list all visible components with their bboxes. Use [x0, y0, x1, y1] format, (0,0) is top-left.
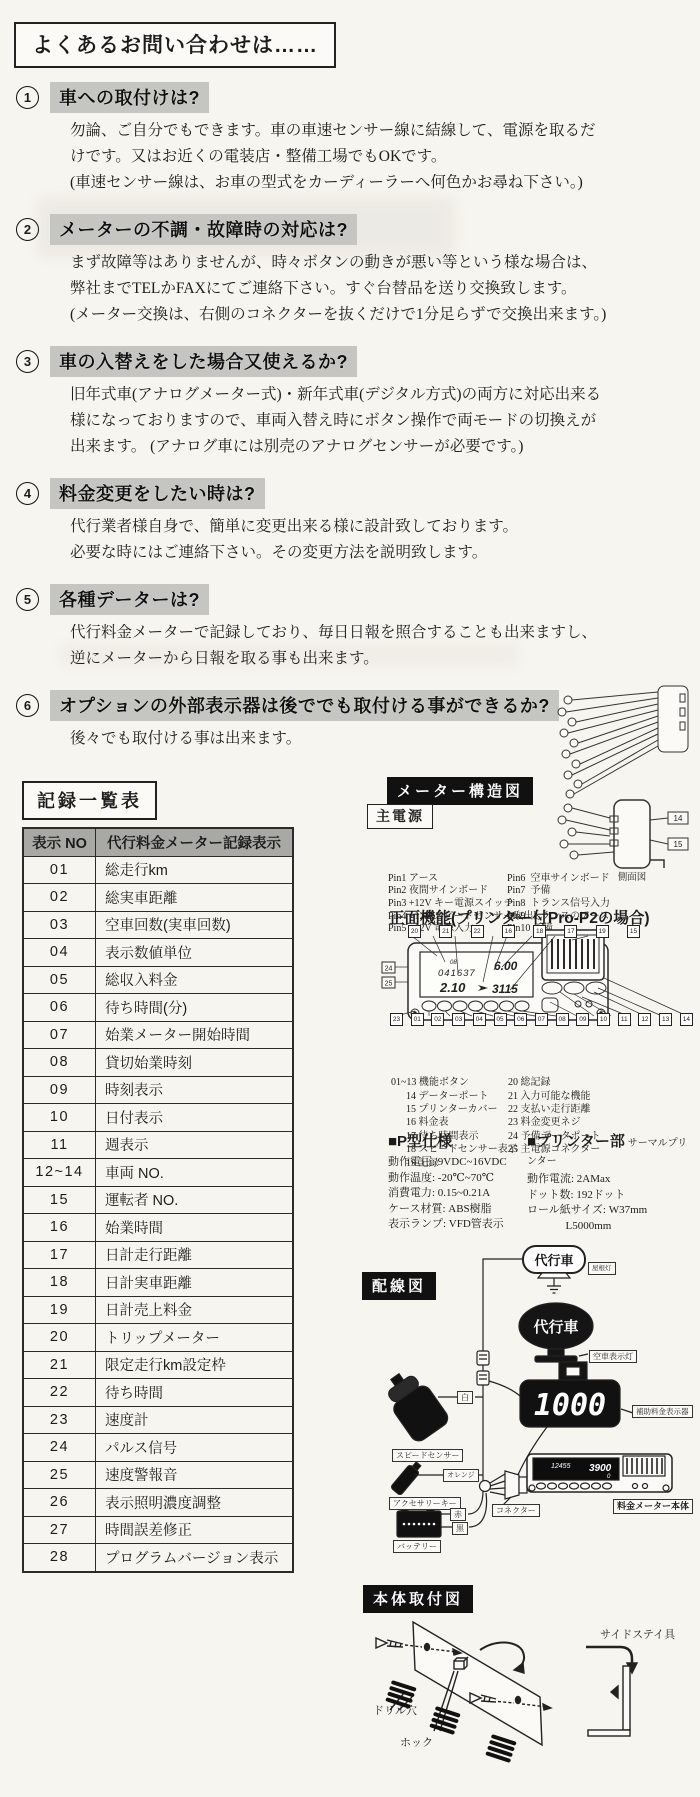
cell-display-no: 08: [23, 1049, 96, 1077]
drill-hole-caption: ドリル穴: [373, 1702, 417, 1718]
legend-entry: 23 料金変更ネジ: [508, 1116, 601, 1129]
question-heading: 車への取付けは?: [50, 82, 209, 113]
callout-number: 09: [576, 1013, 589, 1026]
display-small-value: 08: [450, 960, 457, 966]
table-row: 06 待ち時間(分): [23, 994, 293, 1022]
hook-caption: ホック: [400, 1734, 433, 1750]
table-row: 18 日計実車距離: [23, 1269, 293, 1297]
callout-number: 17: [564, 925, 577, 938]
spec-heading: ■プリンター部 サーマルプリンター: [527, 1130, 697, 1168]
cell-display-no: 12~14: [23, 1159, 96, 1187]
spec-line: 動作温度: -20℃~70℃: [388, 1171, 538, 1187]
meter-fare: 3900: [589, 1463, 612, 1474]
cell-record-item: 週表示: [96, 1131, 294, 1159]
wire-black-tag: 黒: [452, 1522, 468, 1535]
faq-item: 2 メーターの不調・故障時の対応は? まず故障等はありませんが、時々ボタンの動き…: [16, 214, 684, 328]
display-odometer: 041637: [438, 968, 476, 979]
faq-question: 1 車への取付けは?: [16, 82, 684, 113]
cell-display-no: 06: [23, 994, 96, 1022]
question-number: 3: [16, 350, 39, 373]
table-row: 11 週表示: [23, 1131, 293, 1159]
callout-number: 03: [452, 1013, 465, 1026]
spec-line: 表示ランプ: VFD管表示: [388, 1217, 538, 1233]
spec-line: ロール紙サイズ: W37mm: [527, 1203, 697, 1219]
legend-entry: 20 総記録: [508, 1076, 601, 1089]
pin-entry: Pin7 予備: [507, 885, 610, 898]
callout-number: 11: [618, 1013, 631, 1026]
front-callouts-bottom: 230102030405060708091011121314: [390, 1013, 693, 1026]
legend-entry: 15 プリンターカバー: [391, 1103, 518, 1116]
side-view-caption: 側面図: [618, 871, 647, 883]
cell-record-item: 総実車距離: [96, 884, 294, 912]
callout-number: 18: [533, 925, 546, 938]
cell-display-no: 15: [23, 1186, 96, 1214]
cell-record-item: 時間誤差修正: [96, 1516, 294, 1544]
record-table-title: 記録一覧表: [22, 781, 157, 820]
callout-number: 07: [535, 1013, 548, 1026]
faq-item: 5 各種データーは? 代行料金メーターで記録しており、毎日日報を照合することも出…: [16, 584, 684, 672]
callout-number: 14: [680, 1013, 693, 1026]
cell-display-no: 27: [23, 1516, 96, 1544]
faq-question: 3 車の入替えをした場合又使えるか?: [16, 346, 684, 377]
table-row: 19 日計売上料金: [23, 1296, 293, 1324]
table-row: 09 時刻表示: [23, 1076, 293, 1104]
table-row: 08 貸切始業時刻: [23, 1049, 293, 1077]
cell-display-no: 10: [23, 1104, 96, 1132]
table-row: 12~14 車両 NO.: [23, 1159, 293, 1187]
callout-number: 15: [627, 925, 640, 938]
cell-record-item: 速度計: [96, 1406, 294, 1434]
table-row: 27 時間誤差修正: [23, 1516, 293, 1544]
callout-number: 10: [597, 1013, 610, 1026]
cell-record-item: トリップメーター: [96, 1324, 294, 1352]
table-row: 23 速度計: [23, 1406, 293, 1434]
callout-number: 13: [659, 1013, 672, 1026]
cell-record-item: 速度警報音: [96, 1461, 294, 1489]
question-number: 4: [16, 482, 39, 505]
legend-entry: 22 支払い走行距離: [508, 1103, 601, 1116]
scanned-page: よくあるお問い合わせは…… 1 車への取付けは? 勿論、ご自分でもできます。車の…: [0, 0, 700, 1797]
cell-display-no: 19: [23, 1296, 96, 1324]
cell-display-no: 22: [23, 1379, 96, 1407]
table-row: 20 トリップメーター: [23, 1324, 293, 1352]
vacancy-sign-text: 代行車: [533, 1318, 578, 1336]
side-port-label: 15: [674, 840, 683, 849]
faq-item: 1 車への取付けは? 勿論、ご自分でもできます。車の車速センサー線に結線して、電…: [16, 82, 684, 196]
table-row: 28 プログラムバージョン表示: [23, 1544, 293, 1572]
callout-number: 22: [471, 925, 484, 938]
cell-display-no: 01: [23, 856, 96, 884]
faq-question: 5 各種データーは?: [16, 584, 684, 615]
table-row: 17 日計走行距離: [23, 1241, 293, 1269]
cell-display-no: 11: [23, 1131, 96, 1159]
meter-side-view-diagram: 14 15 側面図: [556, 680, 700, 885]
cell-record-item: 総収入料金: [96, 966, 294, 994]
cell-record-item: 限定走行km設定枠: [96, 1351, 294, 1379]
table-row: 10 日付表示: [23, 1104, 293, 1132]
wire-orange-tag: オレンジ: [443, 1469, 479, 1482]
cell-record-item: 始業メーター開始時間: [96, 1021, 294, 1049]
callout-number: 05: [494, 1013, 507, 1026]
aux-display-value: 1000: [534, 1388, 606, 1423]
cell-display-no: 18: [23, 1269, 96, 1297]
cell-record-item: プログラムバージョン表示: [96, 1544, 294, 1572]
legend-entry: 16 料金表: [391, 1116, 518, 1129]
callout-number: 06: [514, 1013, 527, 1026]
side-port-label: 14: [674, 814, 683, 823]
callout-number: 21: [439, 925, 452, 938]
wire-white-tag: 白: [457, 1391, 473, 1404]
cell-display-no: 20: [23, 1324, 96, 1352]
main-power-label: 主電源: [367, 804, 433, 829]
table-row: 01 総走行km: [23, 856, 293, 884]
cell-record-item: 空車回数(実車回数): [96, 911, 294, 939]
answer-text: 勿論、ご自分でもできます。車の車速センサー線に結線して、電源を取るだ けです。又…: [70, 118, 684, 196]
cell-record-item: 始業時間: [96, 1214, 294, 1242]
table-row: 05 総収入料金: [23, 966, 293, 994]
cell-record-item: 日計走行距離: [96, 1241, 294, 1269]
meter-structure-label: メーター構造図: [387, 777, 533, 805]
cell-display-no: 17: [23, 1241, 96, 1269]
cell-display-no: 24: [23, 1434, 96, 1462]
cell-record-item: パルス信号: [96, 1434, 294, 1462]
callout-number: 16: [502, 925, 515, 938]
legend-entry: 21 入力可能な機能: [508, 1090, 601, 1103]
table-row: 03 空車回数(実車回数): [23, 911, 293, 939]
cell-display-no: 25: [23, 1461, 96, 1489]
faq-question: 4 料金変更をしたい時は?: [16, 478, 684, 509]
cell-display-no: 16: [23, 1214, 96, 1242]
page-title: よくあるお問い合わせは……: [14, 22, 336, 68]
cell-display-no: 07: [23, 1021, 96, 1049]
table-row: 16 始業時間: [23, 1214, 293, 1242]
cell-record-item: 待ち時間(分): [96, 994, 294, 1022]
spec-line: 動作電圧: 9VDC~16VDC: [388, 1155, 538, 1171]
printer-spec: ■プリンター部 サーマルプリンター 動作電流: 2AMaxドット数: 192ドッ…: [527, 1130, 697, 1234]
table-header-row: 表示 NO 代行料金メーター記録表示: [23, 828, 293, 856]
callout-number: 12: [638, 1013, 651, 1026]
cell-record-item: 総走行km: [96, 856, 294, 884]
cell-record-item: 表示数値単位: [96, 939, 294, 967]
cell-display-no: 21: [23, 1351, 96, 1379]
question-heading: 各種データーは?: [50, 584, 209, 615]
cell-display-no: 09: [23, 1076, 96, 1104]
question-number: 1: [16, 86, 39, 109]
legend-entry: 14 データーポート: [391, 1090, 518, 1103]
record-table: 表示 NO 代行料金メーター記録表示 01 総走行km 02 総実車距離 03 …: [22, 827, 294, 1573]
cell-record-item: 待ち時間: [96, 1379, 294, 1407]
faq-list: 1 車への取付けは? 勿論、ご自分でもできます。車の車速センサー線に結線して、電…: [16, 82, 684, 770]
aux-display-tag: 補助料金表示器: [632, 1405, 693, 1418]
spec-line: 動作電流: 2AMax: [527, 1172, 697, 1188]
faq-item: 4 料金変更をしたい時は? 代行業者様自身で、簡単に変更出来る様に設計致しており…: [16, 478, 684, 566]
display-count: 3115: [492, 982, 518, 996]
cell-record-item: 車両 NO.: [96, 1159, 294, 1187]
question-heading: 車の入替えをした場合又使えるか?: [50, 346, 357, 377]
table-row: 04 表示数値単位: [23, 939, 293, 967]
display-fare: 6.00: [494, 959, 518, 973]
speed-sensor-tag: スピードセンサー: [392, 1449, 463, 1462]
table-row: 15 運転者 NO.: [23, 1186, 293, 1214]
cell-record-item: 日計売上料金: [96, 1296, 294, 1324]
question-number: 2: [16, 218, 39, 241]
vacancy-display-tag: 空車表示灯: [589, 1350, 637, 1363]
side-stay-caption: サイドステイ具: [600, 1626, 675, 1642]
callout-left: 25: [385, 981, 393, 988]
battery-tag: バッテリー: [393, 1540, 441, 1553]
legend-entry: 01~13 機能ボタン: [391, 1076, 518, 1089]
cell-display-no: 26: [23, 1489, 96, 1517]
p-type-spec: ■P型仕様 動作電圧: 9VDC~16VDC動作温度: -20℃~70℃消費電力…: [388, 1130, 538, 1233]
meter-odometer: 12455: [551, 1463, 571, 1470]
callout-number: 04: [473, 1013, 486, 1026]
col-header-no: 表示 NO: [23, 828, 96, 856]
cell-display-no: 05: [23, 966, 96, 994]
table-row: 21 限定走行km設定枠: [23, 1351, 293, 1379]
answer-text: 代行料金メーターで記録しており、毎日日報を照合することも出来ますし、 逆にメータ…: [70, 620, 684, 672]
spec-line: 消費電力: 0.15~0.21A: [388, 1186, 538, 1202]
meter-body-tag: 料金メーター本体: [613, 1499, 693, 1514]
spec-line: ドット数: 192ドット: [527, 1188, 697, 1204]
cell-record-item: 日計実車距離: [96, 1269, 294, 1297]
answer-text: 旧年式車(アナログメーター式)・新年式車(デジタル方式)の両方に対応出来る 様に…: [70, 382, 684, 460]
callout-number: 01: [411, 1013, 424, 1026]
faq-question: 2 メーターの不調・故障時の対応は?: [16, 214, 684, 245]
spec-line: L5000mm: [527, 1219, 697, 1235]
table-row: 22 待ち時間: [23, 1379, 293, 1407]
wire-red-tag: 赤: [450, 1508, 466, 1521]
cell-record-item: 日付表示: [96, 1104, 294, 1132]
spec-heading: ■P型仕様: [388, 1130, 538, 1151]
callout-number: 20: [408, 925, 421, 938]
col-header-item: 代行料金メーター記録表示: [96, 828, 294, 856]
question-number: 5: [16, 588, 39, 611]
table-row: 24 パルス信号: [23, 1434, 293, 1462]
cell-display-no: 02: [23, 884, 96, 912]
question-number: 6: [16, 694, 39, 717]
table-row: 26 表示照明濃度調整: [23, 1489, 293, 1517]
spec-line: ケース材質: ABS樹脂: [388, 1202, 538, 1218]
roof-sign-text: 代行車: [534, 1253, 573, 1268]
connector-tag: コネクター: [492, 1504, 540, 1517]
callout-left: 24: [385, 966, 393, 973]
table-row: 02 総実車距離: [23, 884, 293, 912]
cell-record-item: 貸切始業時刻: [96, 1049, 294, 1077]
question-heading: 料金変更をしたい時は?: [50, 478, 265, 509]
roof-lamp-tag: 屋根灯: [588, 1262, 616, 1275]
cell-display-no: 04: [23, 939, 96, 967]
callout-number: 23: [390, 1013, 403, 1026]
faq-item: 3 車の入替えをした場合又使えるか? 旧年式車(アナログメーター式)・新年式車(…: [16, 346, 684, 460]
cell-display-no: 03: [23, 911, 96, 939]
question-heading: オプションの外部表示器は後ででも取付ける事ができるか?: [50, 690, 559, 721]
cell-display-no: 23: [23, 1406, 96, 1434]
display-rate: 2.10: [439, 980, 466, 995]
table-row: 25 速度警報音: [23, 1461, 293, 1489]
mounting-diagram-label: 本体取付図: [363, 1585, 473, 1613]
cell-display-no: 28: [23, 1544, 96, 1572]
callout-number: 08: [556, 1013, 569, 1026]
question-heading: メーターの不調・故障時の対応は?: [50, 214, 357, 245]
answer-text: まず故障等はありませんが、時々ボタンの動きが悪い等という様な場合は、 弊社までT…: [70, 250, 684, 328]
answer-text: 代行業者様自身で、簡単に変更出来る様に設計致しております。 必要な時にはご連絡下…: [70, 514, 684, 566]
cell-record-item: 運転者 NO.: [96, 1186, 294, 1214]
callout-number: 19: [596, 925, 609, 938]
front-callouts-top: 2021221618171915: [408, 925, 640, 938]
cell-record-item: 表示照明濃度調整: [96, 1489, 294, 1517]
callout-number: 02: [431, 1013, 444, 1026]
table-row: 07 始業メーター開始時間: [23, 1021, 293, 1049]
cell-record-item: 時刻表示: [96, 1076, 294, 1104]
